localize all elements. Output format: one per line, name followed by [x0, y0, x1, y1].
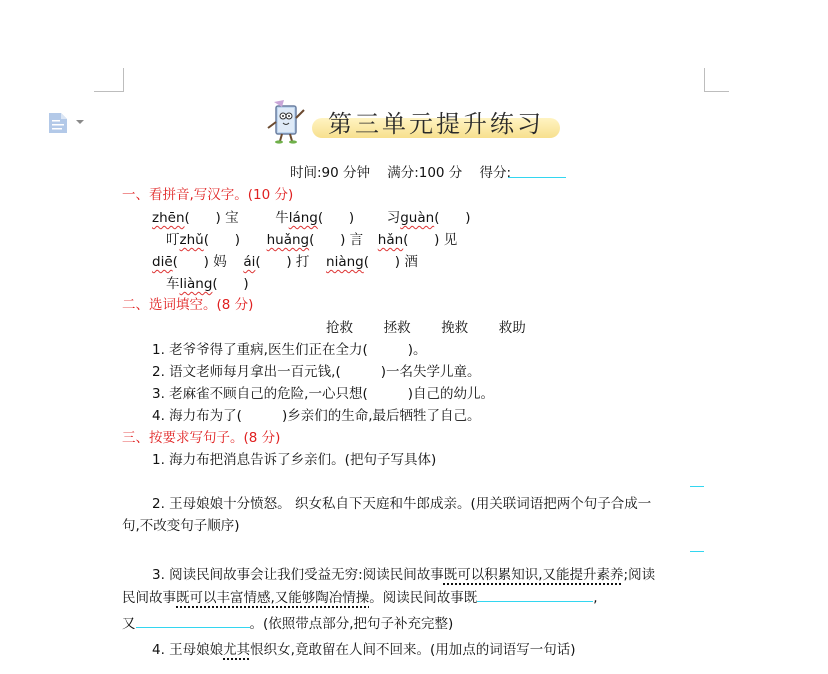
- item-text: 1. 老爷爷得了重病,医生们正在全力(: [152, 342, 368, 358]
- word-option: 拯救: [384, 320, 411, 336]
- rewrite-q1: 1. 海力布把消息告诉了乡亲们。(把句子写具体): [152, 448, 436, 468]
- rewrite-q2-line2: 句,不改变句子顺序): [122, 514, 240, 534]
- time-limit: 时间:90 分钟: [290, 165, 370, 181]
- word-bank: 抢救 拯救 挽救 救助: [326, 316, 526, 336]
- char: 习: [387, 210, 401, 226]
- caret-down-icon[interactable]: [76, 120, 84, 124]
- rewrite-q3-line1: 3. 阅读民间故事会让我们受益无穷:阅读民间故事既可以积累知识,又能提升素养;阅…: [152, 563, 655, 583]
- rewrite-q2-line1: 2. 王母娘娘十分愤怒。 织女私自下天庭和牛郎成亲。(用关联词语把两个句子合成一: [152, 492, 651, 512]
- answer-blank[interactable]: ( ): [434, 210, 470, 226]
- word-option: 抢救: [326, 320, 353, 336]
- item-text: 2. 语文老师每月拿出一百元钱,(: [152, 364, 341, 380]
- answer-blank[interactable]: ( ): [309, 232, 345, 248]
- q3-text: ,: [593, 590, 597, 606]
- q3-text: 又: [122, 616, 136, 632]
- item-text: )。: [408, 342, 427, 358]
- answer-blank[interactable]: [136, 615, 250, 628]
- q4-text: 4. 王母娘娘: [152, 642, 223, 658]
- char: 言: [350, 232, 364, 248]
- answer-blank[interactable]: ( ): [403, 232, 439, 248]
- pinyin: láng: [289, 210, 318, 226]
- char: 妈: [213, 254, 227, 270]
- answer-blank[interactable]: ( ): [255, 254, 291, 270]
- answer-blank[interactable]: ( ): [212, 276, 248, 292]
- char: 宝: [225, 210, 239, 226]
- page-crop-mark-left: [94, 68, 124, 92]
- pinyin-row-4: 车liàng( ): [166, 272, 249, 292]
- q3-text: ;阅读: [624, 567, 656, 583]
- fill-item-2: 2. 语文老师每月拿出一百元钱,()一名失学儿童。: [152, 360, 481, 380]
- item-text: 4. 海力布为了(: [152, 408, 242, 424]
- page-crop-mark-right: [704, 68, 729, 92]
- answer-blank[interactable]: ( ): [173, 254, 209, 270]
- title-banner: 第三单元提升练习: [264, 96, 564, 146]
- answer-line-marker[interactable]: [690, 551, 704, 552]
- pinyin-row-1: zhēn( ) 宝 牛láng( ) 习guàn( ): [152, 206, 470, 226]
- pinyin: hǎn: [378, 232, 403, 248]
- worksheet-title: 第三单元提升练习: [328, 104, 544, 139]
- char: 见: [444, 232, 458, 248]
- char: 酒: [404, 254, 418, 270]
- pinyin: guàn: [400, 210, 434, 226]
- fill-item-4: 4. 海力布为了()乡亲们的生命,最后牺牲了自己。: [152, 404, 481, 424]
- answer-blank[interactable]: [477, 589, 593, 602]
- document-icon[interactable]: [48, 112, 68, 134]
- pinyin: liàng: [180, 276, 213, 292]
- item-text: )一名失学儿童。: [381, 364, 481, 380]
- fill-item-3: 3. 老麻雀不顾自己的危险,一心只想()自己的幼儿。: [152, 382, 494, 402]
- section3-heading: 三、按要求写句子。(8 分): [122, 426, 280, 446]
- word-option: 挽救: [441, 320, 468, 336]
- q3-text: 。阅读民间故事既: [369, 590, 477, 606]
- q3-text: 。(依照带点部分,把句子补充完整): [250, 616, 454, 632]
- item-text: 3. 老麻雀不顾自己的危险,一心只想(: [152, 386, 368, 402]
- answer-blank[interactable]: ( ): [185, 210, 221, 226]
- pinyin: diē: [152, 254, 173, 270]
- pinyin-row-2: 叮zhǔ( ) huǎng( ) 言 hǎn( ) 见: [166, 228, 457, 248]
- pinyin: zhǔ: [180, 232, 204, 248]
- pinyin-row-3: diē( ) 妈 ái( ) 打 niàng( ) 酒: [152, 250, 418, 270]
- pinyin: ái: [243, 254, 255, 270]
- q3-text: 3. 阅读民间故事会让我们受益无穷:阅读民间故事: [152, 567, 444, 583]
- pinyin: niàng: [326, 254, 364, 270]
- section2-heading: 二、选词填空。(8 分): [122, 293, 253, 313]
- fill-item-1: 1. 老爷爷得了重病,医生们正在全力()。: [152, 338, 427, 358]
- item-text: )乡亲们的生命,最后牺牲了自己。: [282, 408, 481, 424]
- rewrite-q3-line3: 又。(依照带点部分,把句子补充完整): [122, 612, 453, 632]
- rewrite-q3-line2: 民间故事既可以丰富情感,又能够陶冶情操。阅读民间故事既,: [122, 586, 598, 606]
- section1-heading: 一、看拼音,写汉字。(10 分): [122, 183, 293, 203]
- score-label: 得分:: [479, 165, 511, 181]
- q3-text: 民间故事: [122, 590, 176, 606]
- answer-line-marker[interactable]: [690, 486, 704, 487]
- q3-dotted-text: 既可以丰富情感,又能够陶冶情操: [176, 590, 369, 606]
- char: 车: [166, 276, 180, 292]
- q4-text: 恨织女,竟敢留在人间不回来。(用加点的词语写一句话): [250, 642, 575, 658]
- pinyin: zhēn: [152, 210, 185, 226]
- answer-blank[interactable]: ( ): [318, 210, 354, 226]
- exam-meta: 时间:90 分钟 满分:100 分 得分:: [290, 161, 511, 181]
- full-score: 满分:100 分: [387, 165, 462, 181]
- q4-dotted-text: 尤其: [223, 642, 250, 658]
- char: 叮: [166, 232, 180, 248]
- char: 打: [296, 254, 310, 270]
- pinyin: huǎng: [267, 232, 310, 248]
- char: 牛: [275, 210, 289, 226]
- item-text: )自己的幼儿。: [408, 386, 494, 402]
- answer-blank[interactable]: ( ): [364, 254, 400, 270]
- word-option: 救助: [499, 320, 526, 336]
- rewrite-q4: 4. 王母娘娘尤其恨织女,竟敢留在人间不回来。(用加点的词语写一句话): [152, 638, 576, 658]
- score-blank[interactable]: [508, 177, 566, 178]
- book-mascot-icon: [264, 98, 308, 144]
- q3-dotted-text: 既可以积累知识,又能提升素养: [444, 567, 624, 583]
- answer-blank[interactable]: ( ): [204, 232, 240, 248]
